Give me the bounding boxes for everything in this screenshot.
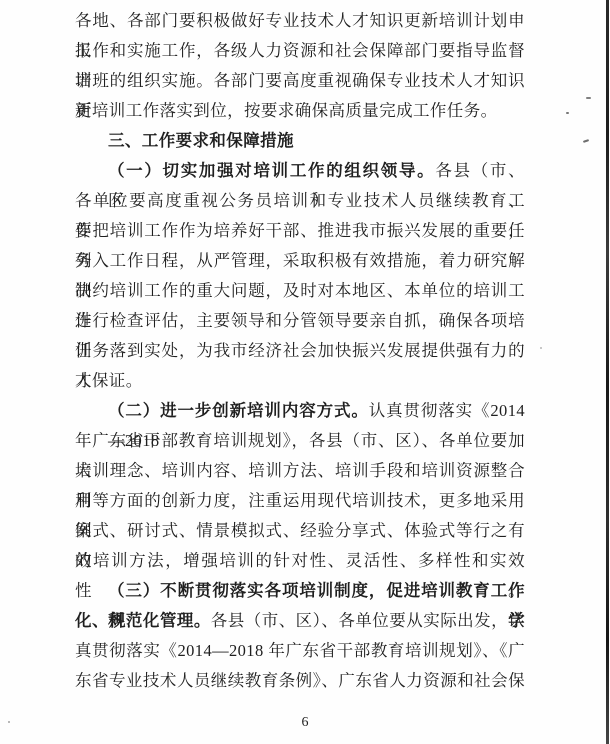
text-line: 才保证。	[75, 366, 525, 396]
text-line: 进行检查评估，主要领导和分管领导要亲自抓，确保各项培训	[75, 306, 525, 336]
bold-text-segment: 三、工作要求和保障措施	[108, 131, 294, 150]
scan-speck	[586, 97, 591, 99]
text-line: 培训理念、培训内容、培训方法、培训手段和培训资源整合利	[75, 456, 525, 486]
text-line: 要把培训工作作为培养好干部、推进我市振兴发展的重要任务	[75, 216, 525, 246]
text-segment: 东省专业技术人员继续教育条例》、广东省人力资源和社会保	[75, 671, 525, 690]
scanned-document-page: 各地、各部门要积极做好专业技术人才知识更新培训计划申报工作和实施工作，各级人力资…	[0, 0, 610, 744]
text-line: 例式、研讨式、情景模拟式、经验分享式、体验式等行之有效	[75, 516, 525, 546]
text-line: 制约培训工作的重大问题，及时对本地区、本单位的培训工作	[75, 276, 525, 306]
text-segment: 真贯彻落实《2014—2018 年广东省干部教育培训规划》、《广	[75, 641, 525, 660]
text-segment: 各县（市、区）、各单位要从实际出发，认	[211, 611, 525, 630]
bold-text-segment: （二）进一步创新培训内容方式。	[108, 401, 369, 420]
text-line: 用等方面的创新力度，注重运用现代培训技术，更多地采用案	[75, 486, 525, 516]
text-line: 列入工作日程，从严管理，采取积极有效措施，着力研究解决	[75, 246, 525, 276]
text-line: 三、工作要求和保障措施	[75, 126, 525, 156]
text-segment: 新培训工作落实到位，按要求确保高质量完成工作任务。	[75, 101, 498, 120]
text-line: （三）不断贯彻落实各项培训制度，促进培训教育工作科学	[75, 576, 525, 606]
text-line: （二）进一步创新培训内容方式。认真贯彻落实《2014—2018	[75, 396, 525, 426]
text-line: 各地、各部门要积极做好专业技术人才知识更新培训计划申报	[75, 6, 525, 36]
text-line: 各单位要高度重视公务员培训和专业技术人员继续教育工作，	[75, 186, 525, 216]
scan-speck	[256, 227, 258, 229]
scan-speck	[566, 112, 569, 114]
text-line: 真贯彻落实《2014—2018 年广东省干部教育培训规划》、《广	[75, 636, 525, 666]
text-line: 化、规范化管理。各县（市、区）、各单位要从实际出发，认	[75, 606, 525, 636]
text-line: 年广东省干部教育培训规划》，各县（市、区）、各单位要加大	[75, 426, 525, 456]
text-line: （一）切实加强对培训工作的组织领导。各县（市、区）、	[75, 156, 525, 186]
document-text: 各地、各部门要积极做好专业技术人才知识更新培训计划申报工作和实施工作，各级人力资…	[75, 6, 525, 696]
page-number: 6	[0, 714, 610, 732]
text-line: 工作和实施工作，各级人力资源和社会保障部门要指导监督培	[75, 36, 525, 66]
text-line: 训班的组织实施。各部门要高度重视确保专业技术人才知识更	[75, 66, 525, 96]
text-line: 东省专业技术人员继续教育条例》、广东省人力资源和社会保	[75, 666, 525, 696]
text-line: 的培训方法，增强培训的针对性、灵活性、多样性和实效性。	[75, 546, 525, 576]
scan-speck	[8, 721, 10, 723]
text-line: 新培训工作落实到位，按要求确保高质量完成工作任务。	[75, 96, 525, 126]
scan-speck	[540, 347, 542, 349]
text-segment: 才保证。	[75, 371, 143, 390]
scan-speck	[583, 139, 589, 143]
text-line: 任务落到实处，为我市经济社会加快振兴发展提供强有力的人	[75, 336, 525, 366]
bold-text-segment: 化、规范化管理。	[75, 611, 211, 630]
page-edge-scan-line	[606, 0, 609, 744]
bold-text-segment: （一）切实加强对培训工作的组织领导。	[108, 161, 435, 180]
